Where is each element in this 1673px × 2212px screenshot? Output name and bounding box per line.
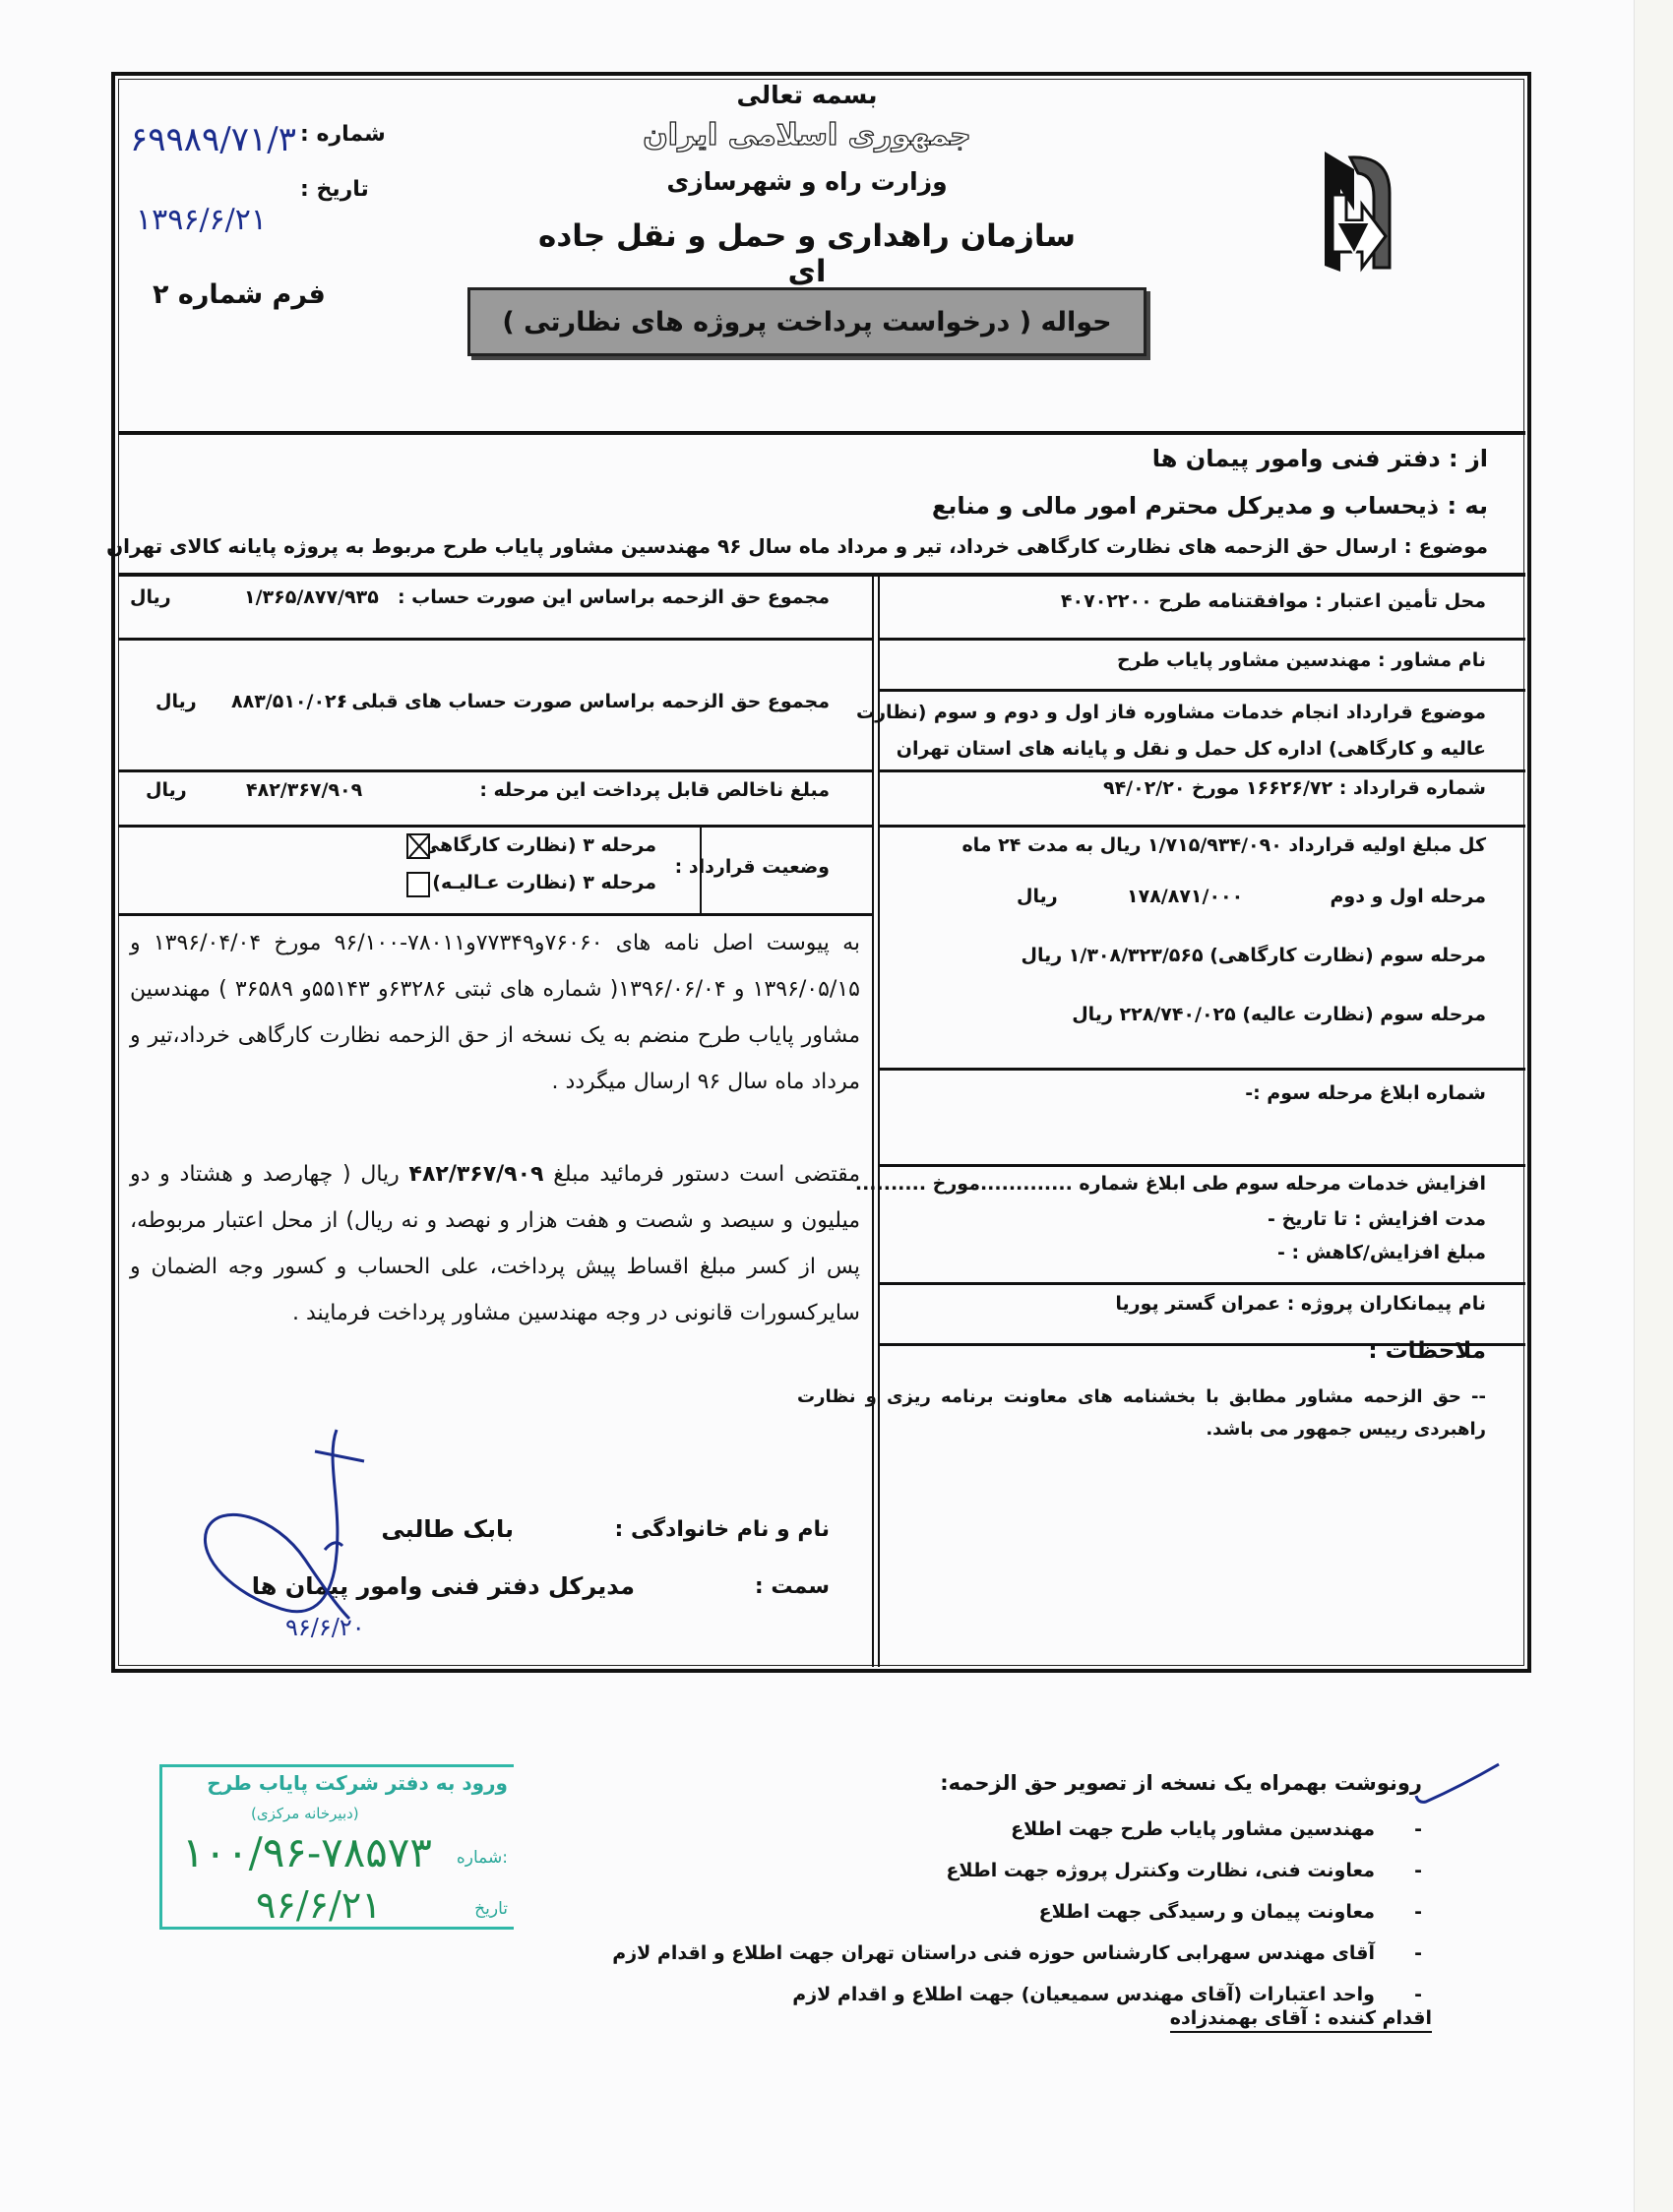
gross-payable-label: مبلغ ناخالص قابل پرداخت این مرحله :	[479, 779, 830, 801]
phase-1-2-unit: ریال	[1017, 886, 1058, 907]
rmto-logo-icon	[1321, 150, 1394, 273]
fee-this-invoice-value: ۱/۳۶۵/۸۷۷/۹۳۵	[244, 586, 379, 608]
phase-3-high-amount: مرحله سوم (نظارت عالیه) ۲۲۸/۷۴۰/۰۲۵ ریال	[1072, 1004, 1486, 1025]
stamp-date-value: ۹۶/۶/۲۱	[256, 1883, 382, 1927]
signatory-name: بابک طالبی	[381, 1515, 514, 1543]
stamp-number-value: ۱۰۰/۹۶-۷۸۵۷۳	[182, 1828, 432, 1876]
fee-previous-label: مجموع حق الزحمه براساس صورت حساب های قبل…	[338, 691, 830, 712]
remarks-title: ملاحظات :	[1368, 1338, 1486, 1364]
ministry-heading: وزارت راه و شهرسازی	[531, 167, 1083, 196]
signatory-name-label: نام و نام خانوادگی :	[615, 1517, 830, 1542]
addressing-divider	[118, 573, 1525, 577]
document-page: بسمه تعالی جمهوری اسلامی ایران وزارت راه…	[0, 0, 1634, 2212]
bismillah-heading: بسمه تعالی	[531, 81, 1083, 109]
checkmark-icon	[1412, 1756, 1501, 1815]
stamp-title: ورود به دفتر شرکت پایاب طرح	[207, 1771, 508, 1795]
phase3-notice-number: شماره ابلاغ مرحله سوم :-	[1245, 1082, 1486, 1104]
cc-item: -مهندسین مشاور پایاب طرح جهت اطلاع	[612, 1809, 1422, 1850]
form-number: فرم شماره ۲	[153, 279, 326, 310]
contract-total-amount: کل مبلغ اولیه قرارداد ۱/۷۱۵/۹۳۴/۰۹۰ ریال…	[961, 834, 1486, 856]
organization-heading: سازمان راهداری و حمل و نقل جاده ای	[531, 218, 1083, 289]
gross-payable-unit: ریال	[146, 779, 187, 801]
contract-subject: موضوع قرارداد انجام خدمات مشاوره فاز اول…	[856, 695, 1486, 768]
header-divider	[118, 431, 1525, 435]
to-line: به : ذیحساب و مدیرکل محترم امور مالی و م…	[932, 492, 1488, 520]
cc-item: -معاونت پیمان و رسیدگی جهت اطلاع	[612, 1891, 1422, 1933]
funding-source: محل تأمین اعتبار : موافقتنامه طرح ۴۰۷۰۲۲…	[1061, 590, 1486, 612]
form-title: حواله ( درخواست پرداخت پروژه های نظارتی …	[502, 307, 1111, 338]
phase-1-2-label: مرحله اول و دوم	[1330, 886, 1486, 907]
contract-status-label: وضعیت قرارداد :	[675, 856, 830, 878]
increase-amount: مبلغ افزایش/کاهش : -	[1277, 1242, 1486, 1263]
increase-services: افزایش خدمات مرحله سوم طی ابلاغ شماره ..…	[855, 1173, 1486, 1195]
cc-title: رونوشت بهمراه یک نسخه از تصویر حق الزحمه…	[940, 1771, 1422, 1795]
fee-this-invoice-unit: ریال	[130, 586, 171, 608]
letter-date-label: تاریخ :	[300, 177, 369, 202]
remarks-text: -- حق الزحمه مشاور مطابق با بخشنامه های …	[797, 1381, 1486, 1445]
status-option-high-label: مرحله ۳ (نظارت عـالیـه)	[432, 872, 656, 893]
form-title-box: حواله ( درخواست پرداخت پروژه های نظارتی …	[467, 287, 1146, 356]
phase-3-site-amount: مرحله سوم (نظارت کارگاهی) ۱/۳۰۸/۳۲۳/۵۶۵ …	[1021, 945, 1486, 966]
cc-item: -معاونت فنی، نظارت وکنترل پروژه جهت اطلا…	[612, 1850, 1422, 1891]
subject-line: موضوع : ارسال حق الزحمه های نظارت کارگاه…	[106, 534, 1488, 558]
action-by: اقدام کننده : آقای بهمندزاده	[1170, 2007, 1432, 2033]
cc-item: -آقای مهندس سهرابی کارشناس حوزه فنی دراس…	[612, 1933, 1422, 1974]
body-paragraph-attachments: به پیوست اصل نامه های ۷۶۰۶۰و۷۷۳۴۹و۷۸۰۱۱-…	[130, 920, 860, 1105]
status-checkbox-high[interactable]	[406, 872, 430, 897]
scan-edge	[1634, 0, 1673, 2212]
contract-number: شماره قرارداد : ۱۶۶۲۶/۷۲ مورخ ۹۴/۰۲/۲۰	[1103, 777, 1486, 799]
consultant-name: نام مشاور : مهندسین مشاور پایاب طرح	[1117, 649, 1486, 671]
status-checkbox-site[interactable]	[406, 833, 430, 859]
fee-previous-value: ۸۸۳/۵۱۰/۰۲۶	[231, 691, 347, 712]
from-line: از : دفتر فنی وامور پیمان ها	[1152, 445, 1488, 472]
fee-previous-unit: ریال	[155, 691, 197, 712]
letter-number-value: ۶۹۹۸۹/۷۱/۳	[130, 120, 296, 159]
letter-date-value: ۱۳۹۶/۶/۲۱	[136, 203, 267, 237]
handwritten-sign-date: ۹۶/۶/۲۰	[285, 1614, 365, 1641]
stamp-date-label: تاریخ	[474, 1899, 508, 1919]
republic-heading: جمهوری اسلامی ایران	[531, 118, 1083, 153]
status-option-site-label: مرحله ۳ (نظارت کارگاهی)	[412, 834, 656, 856]
gross-payable-value: ۴۸۲/۳۶۷/۹۰۹	[246, 779, 362, 801]
stamp-subtitle: (دبیرخانه مرکزی)	[251, 1805, 359, 1822]
cc-list: -مهندسین مشاور پایاب طرح جهت اطلاع -معاو…	[612, 1809, 1422, 2015]
fee-this-invoice-label: مجموع حق الزحمه براساس این صورت حساب :	[398, 586, 830, 608]
request-amount: ۴۸۲/۳۶۷/۹۰۹	[409, 1162, 544, 1187]
signatory-position-label: سمت :	[755, 1574, 830, 1599]
increase-duration: مدت افزایش : تا تاریخ -	[1268, 1208, 1486, 1230]
project-contractors: نام پیمانکاران پروژه : عمران گستر پوریا	[1115, 1293, 1486, 1315]
body-paragraph-request: مقتضی است دستور فرمائید مبلغ ۴۸۲/۳۶۷/۹۰۹…	[130, 1151, 860, 1336]
phase-1-2-value: ۱۷۸/۸۷۱/۰۰۰	[1127, 886, 1243, 907]
receipt-stamp: ورود به دفتر شرکت پایاب طرح (دبیرخانه مر…	[159, 1764, 514, 1930]
signature-icon	[177, 1422, 374, 1638]
letter-number-label: شماره :	[300, 122, 386, 147]
stamp-number-label: شماره:	[457, 1848, 508, 1868]
